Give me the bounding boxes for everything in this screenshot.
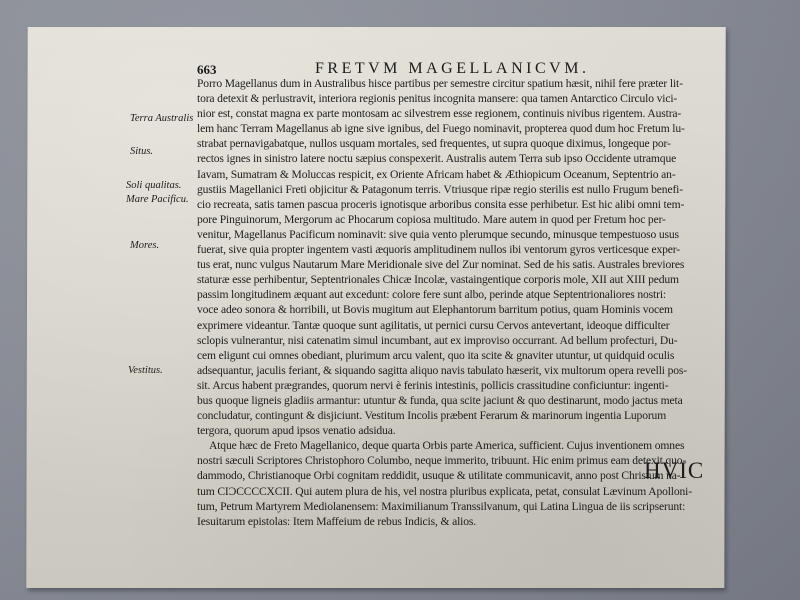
text-line: tora detexit & perlustravit, interiora r… [197, 91, 705, 106]
text-line: tum CIƆCCCCXCII. Qui autem plura de his,… [197, 484, 705, 499]
paragraph: Atque hæc de Freto Magellanico, deque qu… [197, 438, 705, 529]
text-line: nior est, constat magna ex parte montosa… [197, 106, 705, 121]
text-line: nostri sæculi Scriptores Christophoro Co… [197, 453, 705, 468]
text-line: dammodo, Christianoque Orbi cognitam red… [197, 468, 705, 483]
margin-note: Situs. [130, 146, 153, 157]
text-line: Atque hæc de Freto Magellanico, deque qu… [197, 438, 705, 453]
catchword: HVIC [644, 458, 704, 484]
text-line: exprimere videantur. Tantæ quoque sunt a… [197, 318, 705, 333]
text-line: concludatur, contingunt & disjiciunt. Ve… [197, 408, 705, 423]
text-line: Iavam, Sumatram & Moluccas respicit, ex … [197, 167, 705, 182]
text-line: passim longitudinem æquant aut excedunt:… [197, 287, 705, 302]
text-line: sclopis vulnerantur, nisi catenatim simu… [197, 333, 705, 348]
text-line: strabat pernavigabatque, nullos usquam m… [197, 136, 705, 151]
text-line: tus erat, nunc vulgus Nautarum Mare Meri… [197, 257, 705, 272]
margin-note: Soli qualitas. [126, 180, 181, 191]
margin-note: Vestitus. [128, 365, 163, 376]
text-line: staturæ esse perhibentur, Septentrionale… [197, 272, 705, 287]
text-line: Iesuitarum epistolas: Item Maffeium de r… [197, 514, 705, 529]
text-line: pore Pinguinorum, Mergorum ac Phocarum c… [197, 212, 705, 227]
text-line: voce adeo sonora & horribili, ut Bovis m… [197, 302, 705, 317]
text-line: lem hanc Terram Magellanus ab igne sive … [197, 121, 705, 136]
text-line: venitur, Magellanus Pacificum nominavit:… [197, 227, 705, 242]
text-line: fuerat, sive quia propter ingentem vasti… [197, 242, 705, 257]
text-line: tum, Petrum Martyrem Mediolanensem: Maxi… [197, 499, 705, 514]
text-line: tergora, quorum apud ipsos venatio adsid… [197, 423, 705, 438]
text-line: adsequantur, jaculis feriant, & siquando… [197, 363, 705, 378]
text-line: cem eligunt cui omnes obediant, plurimum… [197, 348, 705, 363]
paragraph: Porro Magellanus dum in Australibus hisc… [197, 76, 705, 438]
body-text: Porro Magellanus dum in Australibus hisc… [197, 76, 705, 529]
text-line: sit. Arcus habent prægrandes, quorum ner… [197, 378, 705, 393]
margin-note: Mare Pacificu. [126, 194, 189, 205]
text-line: rectos ignes in sinistro latere noctu sæ… [197, 151, 705, 166]
text-line: cio recreata, satis tamen pascua proceri… [197, 197, 705, 212]
text-line: Porro Magellanus dum in Australibus hisc… [197, 76, 705, 91]
text-line: gustiis Magellanici Freti objicitur & Pa… [197, 182, 705, 197]
margin-note: Terra Australis [130, 113, 193, 124]
text-line: bus quoque ligneis gladiis armantur: utu… [197, 393, 705, 408]
margin-note: Mores. [130, 240, 159, 251]
